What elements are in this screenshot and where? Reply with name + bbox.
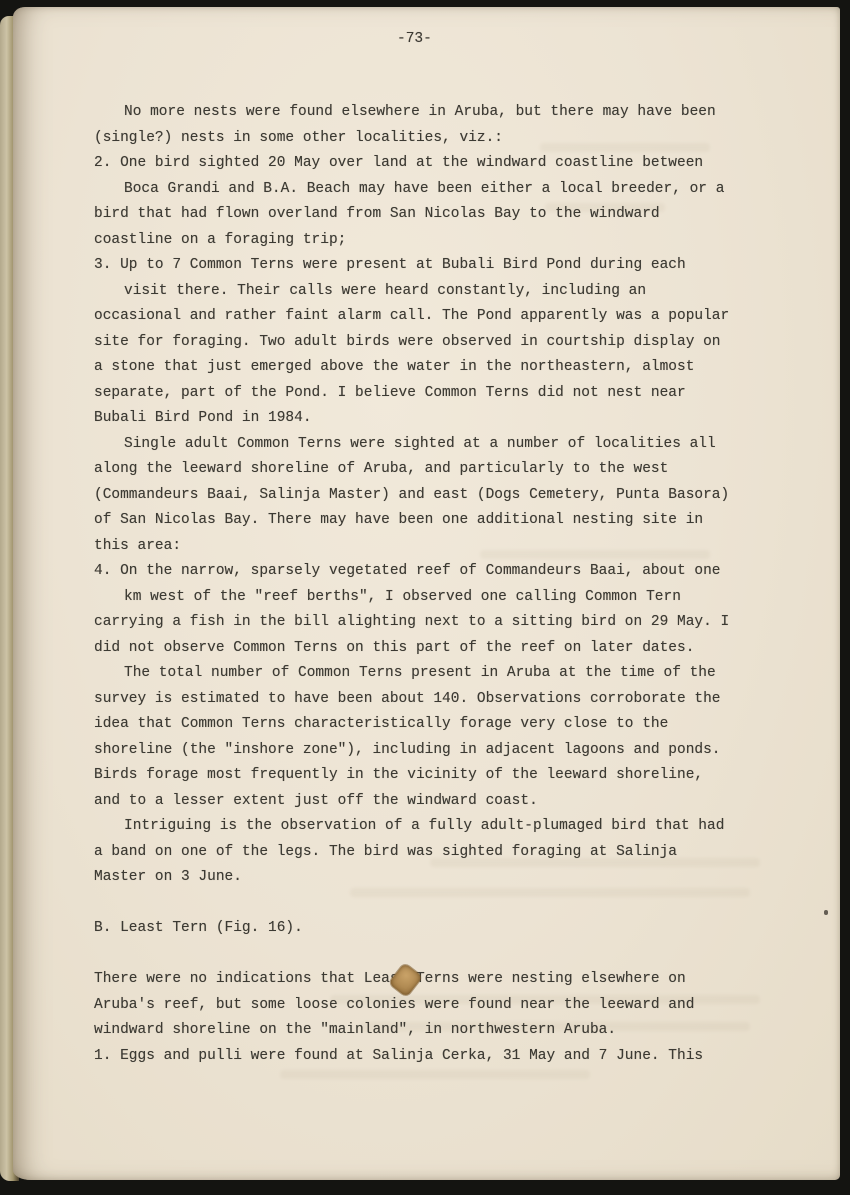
book-page: -73- No more nests were found elsewhere …	[13, 7, 840, 1180]
text-line: idea that Common Terns characteristicall…	[94, 712, 784, 738]
text-line: Boca Grandi and B.A. Beach may have been…	[94, 177, 784, 203]
text-line: bird that had flown overland from San Ni…	[94, 202, 784, 228]
text-line: separate, part of the Pond. I believe Co…	[94, 381, 784, 407]
text-line: and to a lesser extent just off the wind…	[94, 789, 784, 815]
text-line: No more nests were found elsewhere in Ar…	[94, 100, 784, 126]
text-line: a stone that just emerged above the wate…	[94, 355, 784, 381]
text-line: Intriguing is the observation of a fully…	[94, 814, 784, 840]
text-line: shoreline (the "inshore zone"), includin…	[94, 738, 784, 764]
text-line: km west of the "reef berths", I observed…	[94, 585, 784, 611]
paper-speck	[824, 910, 828, 915]
text-line: 2. One bird sighted 20 May over land at …	[94, 151, 784, 177]
text-line: a band on one of the legs. The bird was …	[94, 840, 784, 866]
text-line: carrying a fish in the bill alighting ne…	[94, 610, 784, 636]
text-line: windward shoreline on the "mainland", in…	[94, 1018, 784, 1044]
text-line: this area:	[94, 534, 784, 560]
text-line: Single adult Common Terns were sighted a…	[94, 432, 784, 458]
text-line: The total number of Common Terns present…	[94, 661, 784, 687]
text-line: (single?) nests in some other localities…	[94, 126, 784, 152]
text-line: did not observe Common Terns on this par…	[94, 636, 784, 662]
text-line: occasional and rather faint alarm call. …	[94, 304, 784, 330]
text-line: Bubali Bird Pond in 1984.	[94, 406, 784, 432]
text-line: 3. Up to 7 Common Terns were present at …	[94, 253, 784, 279]
text-line: survey is estimated to have been about 1…	[94, 687, 784, 713]
scan-background: -73- No more nests were found elsewhere …	[0, 0, 850, 1195]
text-line: coastline on a foraging trip;	[94, 228, 784, 254]
text-line: site for foraging. Two adult birds were …	[94, 330, 784, 356]
text-line: 4. On the narrow, sparsely vegetated ree…	[94, 559, 784, 585]
text-line: along the leeward shoreline of Aruba, an…	[94, 457, 784, 483]
text-line: of San Nicolas Bay. There may have been …	[94, 508, 784, 534]
page-number: -73-	[397, 31, 432, 47]
text-line: Aruba's reef, but some loose colonies we…	[94, 993, 784, 1019]
text-line	[94, 942, 784, 968]
text-line: There were no indications that Least Ter…	[94, 967, 784, 993]
text-line: Master on 3 June.	[94, 865, 784, 891]
bleed-through-artifact	[280, 1070, 590, 1079]
text-line: Birds forage most frequently in the vici…	[94, 763, 784, 789]
text-line	[94, 891, 784, 917]
text-line: visit there. Their calls were heard cons…	[94, 279, 784, 305]
text-line: 1. Eggs and pulli were found at Salinja …	[94, 1044, 784, 1070]
text-line: (Commandeurs Baai, Salinja Master) and e…	[94, 483, 784, 509]
section-heading: B. Least Tern (Fig. 16).	[94, 916, 784, 942]
document-text: No more nests were found elsewhere in Ar…	[94, 100, 784, 1069]
